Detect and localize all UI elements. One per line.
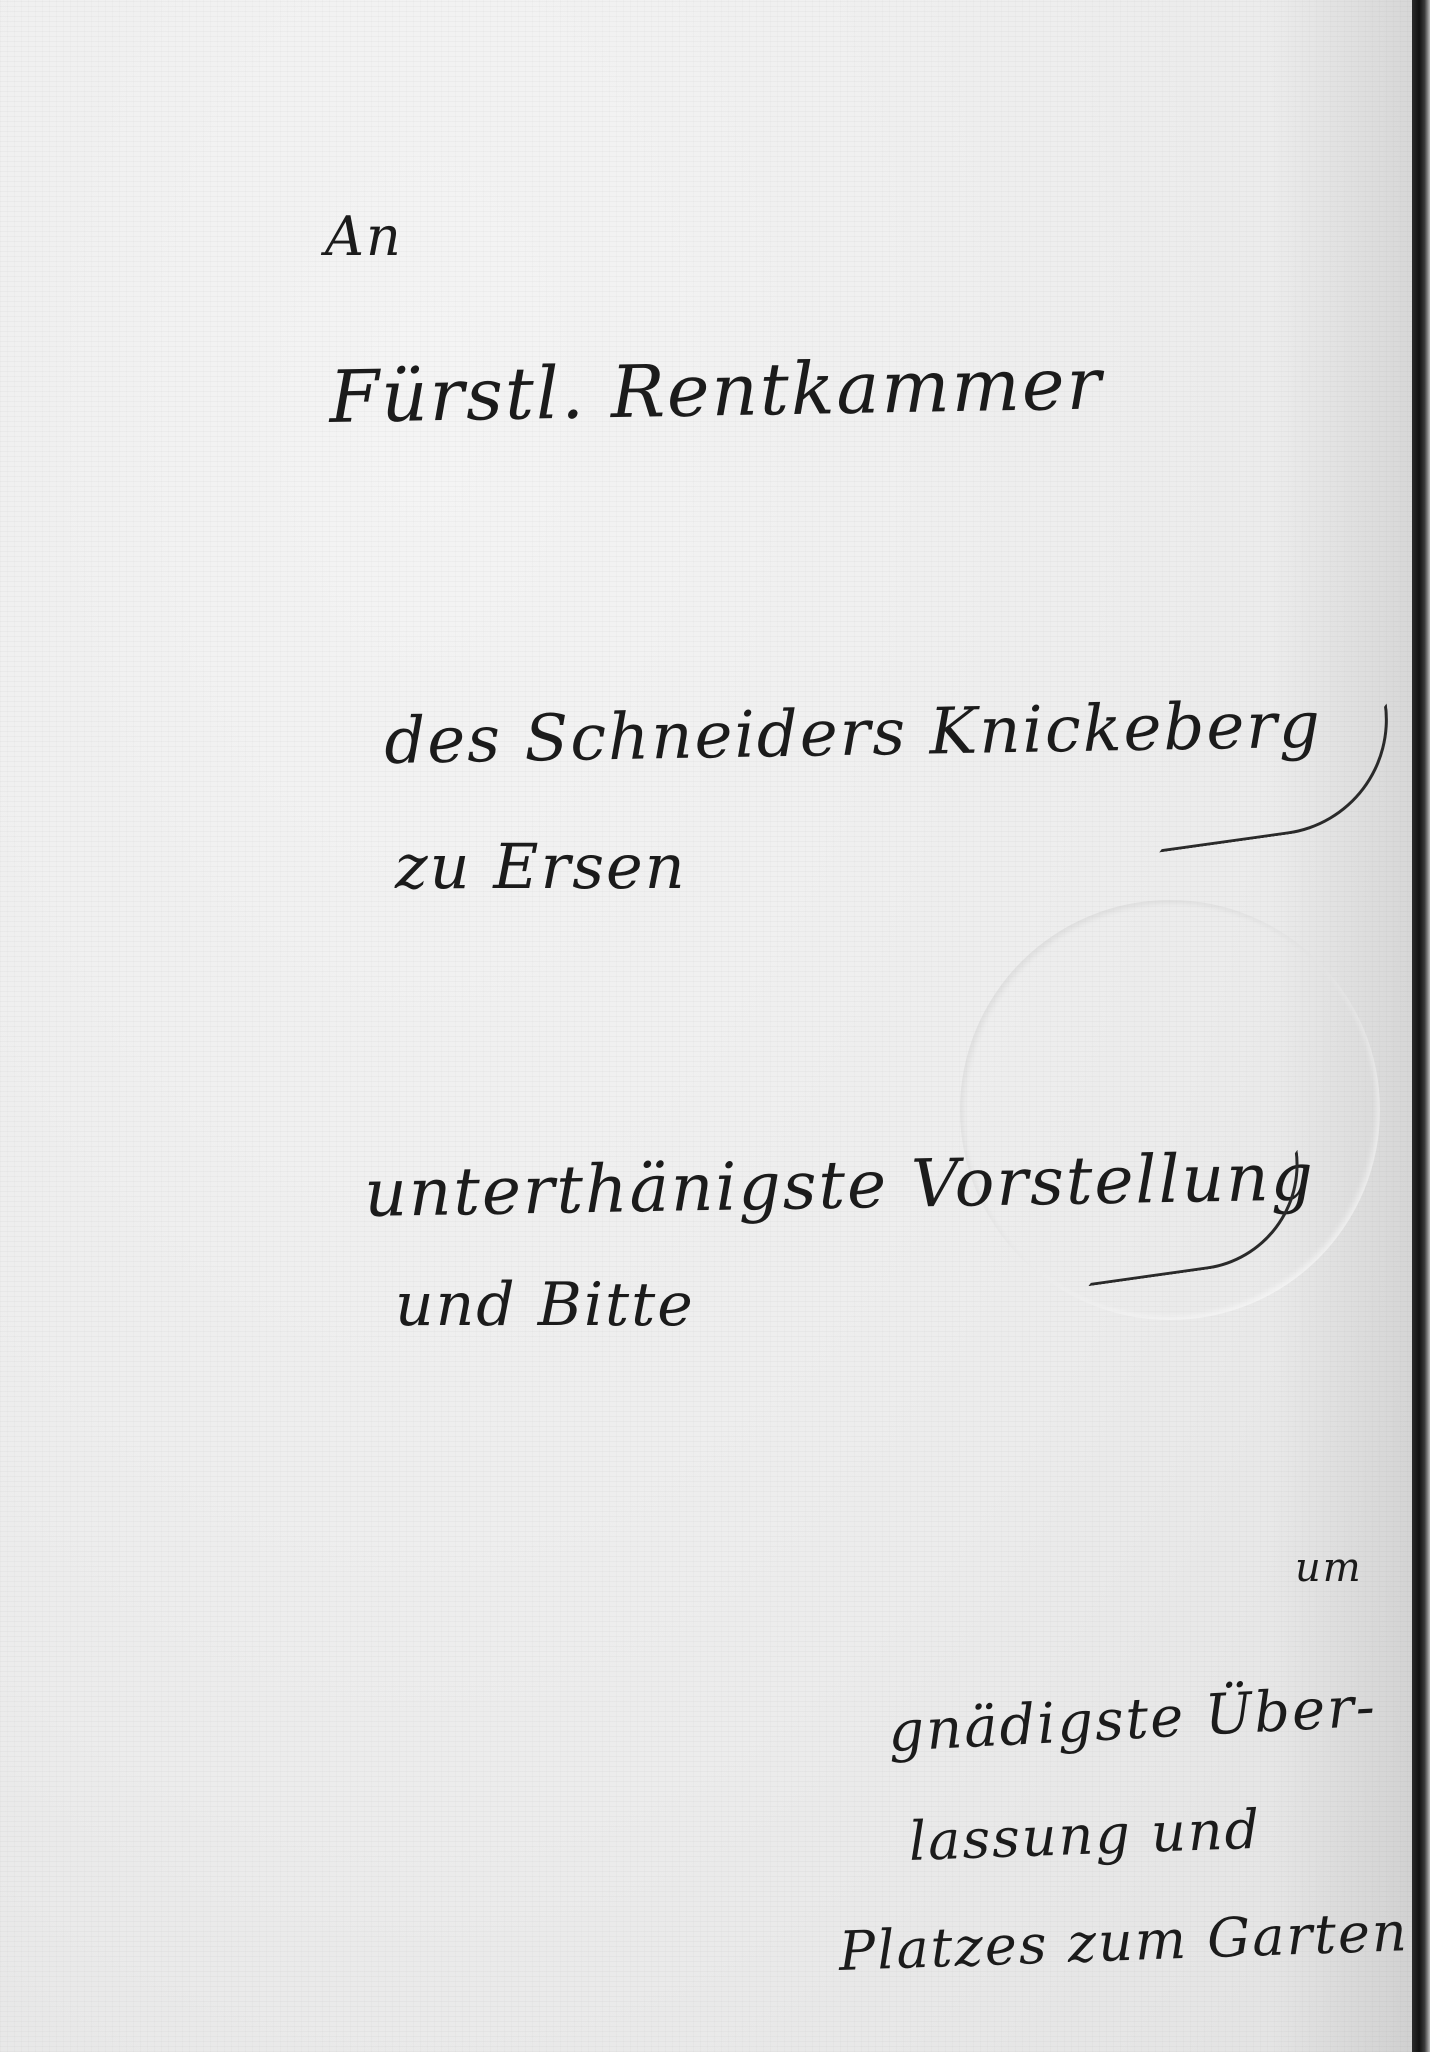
subject-line-2: und Bitte	[395, 1270, 695, 1340]
address-salutation: An	[325, 205, 403, 268]
book-binding-edge	[1412, 0, 1430, 2052]
document-page: An Fürstl. Rentkammer des Schneiders Kni…	[0, 0, 1412, 2052]
petitioner-place: zu Ersen	[395, 830, 687, 903]
margin-note-line-1: um	[1295, 1545, 1363, 1591]
margin-note-line-3: lassung und	[908, 1798, 1262, 1873]
address-recipient: Fürstl. Rentkammer	[329, 342, 1104, 439]
